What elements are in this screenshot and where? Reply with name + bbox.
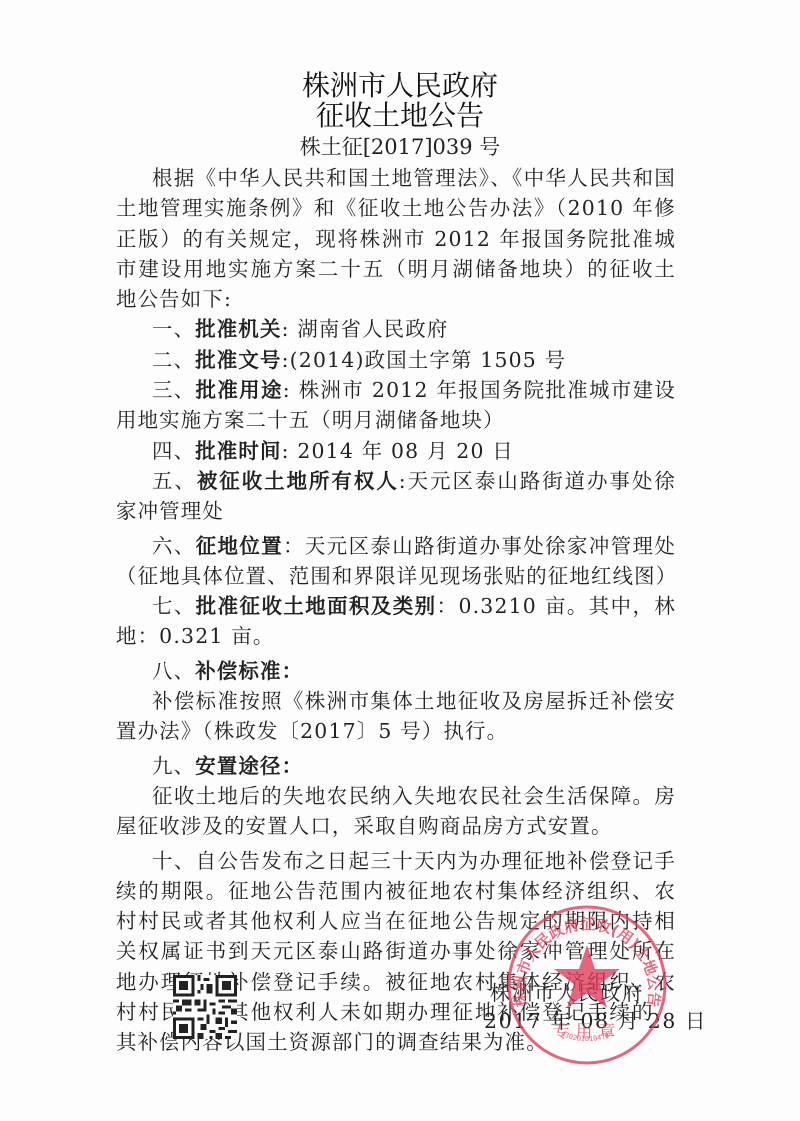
document-number: 株土征[2017]039 号 xyxy=(0,133,800,161)
item-6-label: 征地位置 xyxy=(196,534,283,558)
item-5: 五、被征收土地所有权人:天元区泰山路街道办事处徐家冲管理处 xyxy=(116,466,676,527)
item-9-label: 安置途径 xyxy=(195,754,281,778)
item-3: 三、批准用途: 株洲市 2012 年报国务院批准城市建设用地实施方案二十五（明月… xyxy=(116,375,676,436)
item-7: 七、批准征收土地面积及类别：0.3210 亩。其中，林地：0.321 亩。 xyxy=(116,591,676,652)
item-8-label: 补偿标准 xyxy=(195,659,281,683)
item-3-label: 批准用途 xyxy=(196,378,283,402)
compensation-paragraph: 补偿标准按照《株洲市集体土地征收及房屋拆迁补偿安置办法》（株政发〔2017〕5 … xyxy=(116,686,676,747)
item-1-label: 批准机关 xyxy=(195,317,281,341)
signature-org: 株洲市人民政府 xyxy=(484,979,707,1007)
signature-date: 2017 年 08 月 28 日 xyxy=(484,1007,707,1035)
item-5-label: 被征收土地所有权人 xyxy=(197,469,399,493)
signature-block: 株洲市人民政府 2017 年 08 月 28 日 xyxy=(484,979,707,1035)
item-6: 六、征地位置：天元区泰山路街道办事处徐家冲管理处（征地具体位置、范围和界限详见现… xyxy=(116,531,676,592)
title-line-1: 株洲市人民政府 xyxy=(0,70,800,102)
item-2-value: (2014)政国土字第 1505 号 xyxy=(290,348,567,372)
qr-code-icon xyxy=(173,975,237,1039)
title-line-2: 征收土地公告 xyxy=(0,100,800,132)
item-9: 九、安置途径： xyxy=(116,751,676,781)
item-2-label: 批准文号 xyxy=(195,348,281,372)
item-7-label: 批准征收土地面积及类别 xyxy=(196,594,437,618)
item-4-value: 2014 年 08 月 20 日 xyxy=(297,439,514,463)
item-4: 四、批准时间: 2014 年 08 月 20 日 xyxy=(116,436,676,466)
item-1-value: 湖南省人民政府 xyxy=(297,317,448,341)
item-1: 一、批准机关: 湖南省人民政府 xyxy=(116,314,676,344)
document-body: 根据《中华人民共和国土地管理法》、《中华人民共和国土地管理实施条例》和《征收土地… xyxy=(116,163,676,1058)
item-2: 二、批准文号:(2014)政国土字第 1505 号 xyxy=(116,345,676,375)
resettlement-paragraph: 征收土地后的失地农民纳入失地农民社会生活保障。房屋征收涉及的安置人口，采取自购商… xyxy=(116,781,676,842)
document-page: 株洲市人民政府 征收土地公告 株土征[2017]039 号 根据《中华人民共和国… xyxy=(0,0,800,1121)
item-8: 八、补偿标准： xyxy=(116,656,676,686)
intro-paragraph: 根据《中华人民共和国土地管理法》、《中华人民共和国土地管理实施条例》和《征收土地… xyxy=(116,163,676,314)
item-4-label: 批准时间 xyxy=(195,439,281,463)
